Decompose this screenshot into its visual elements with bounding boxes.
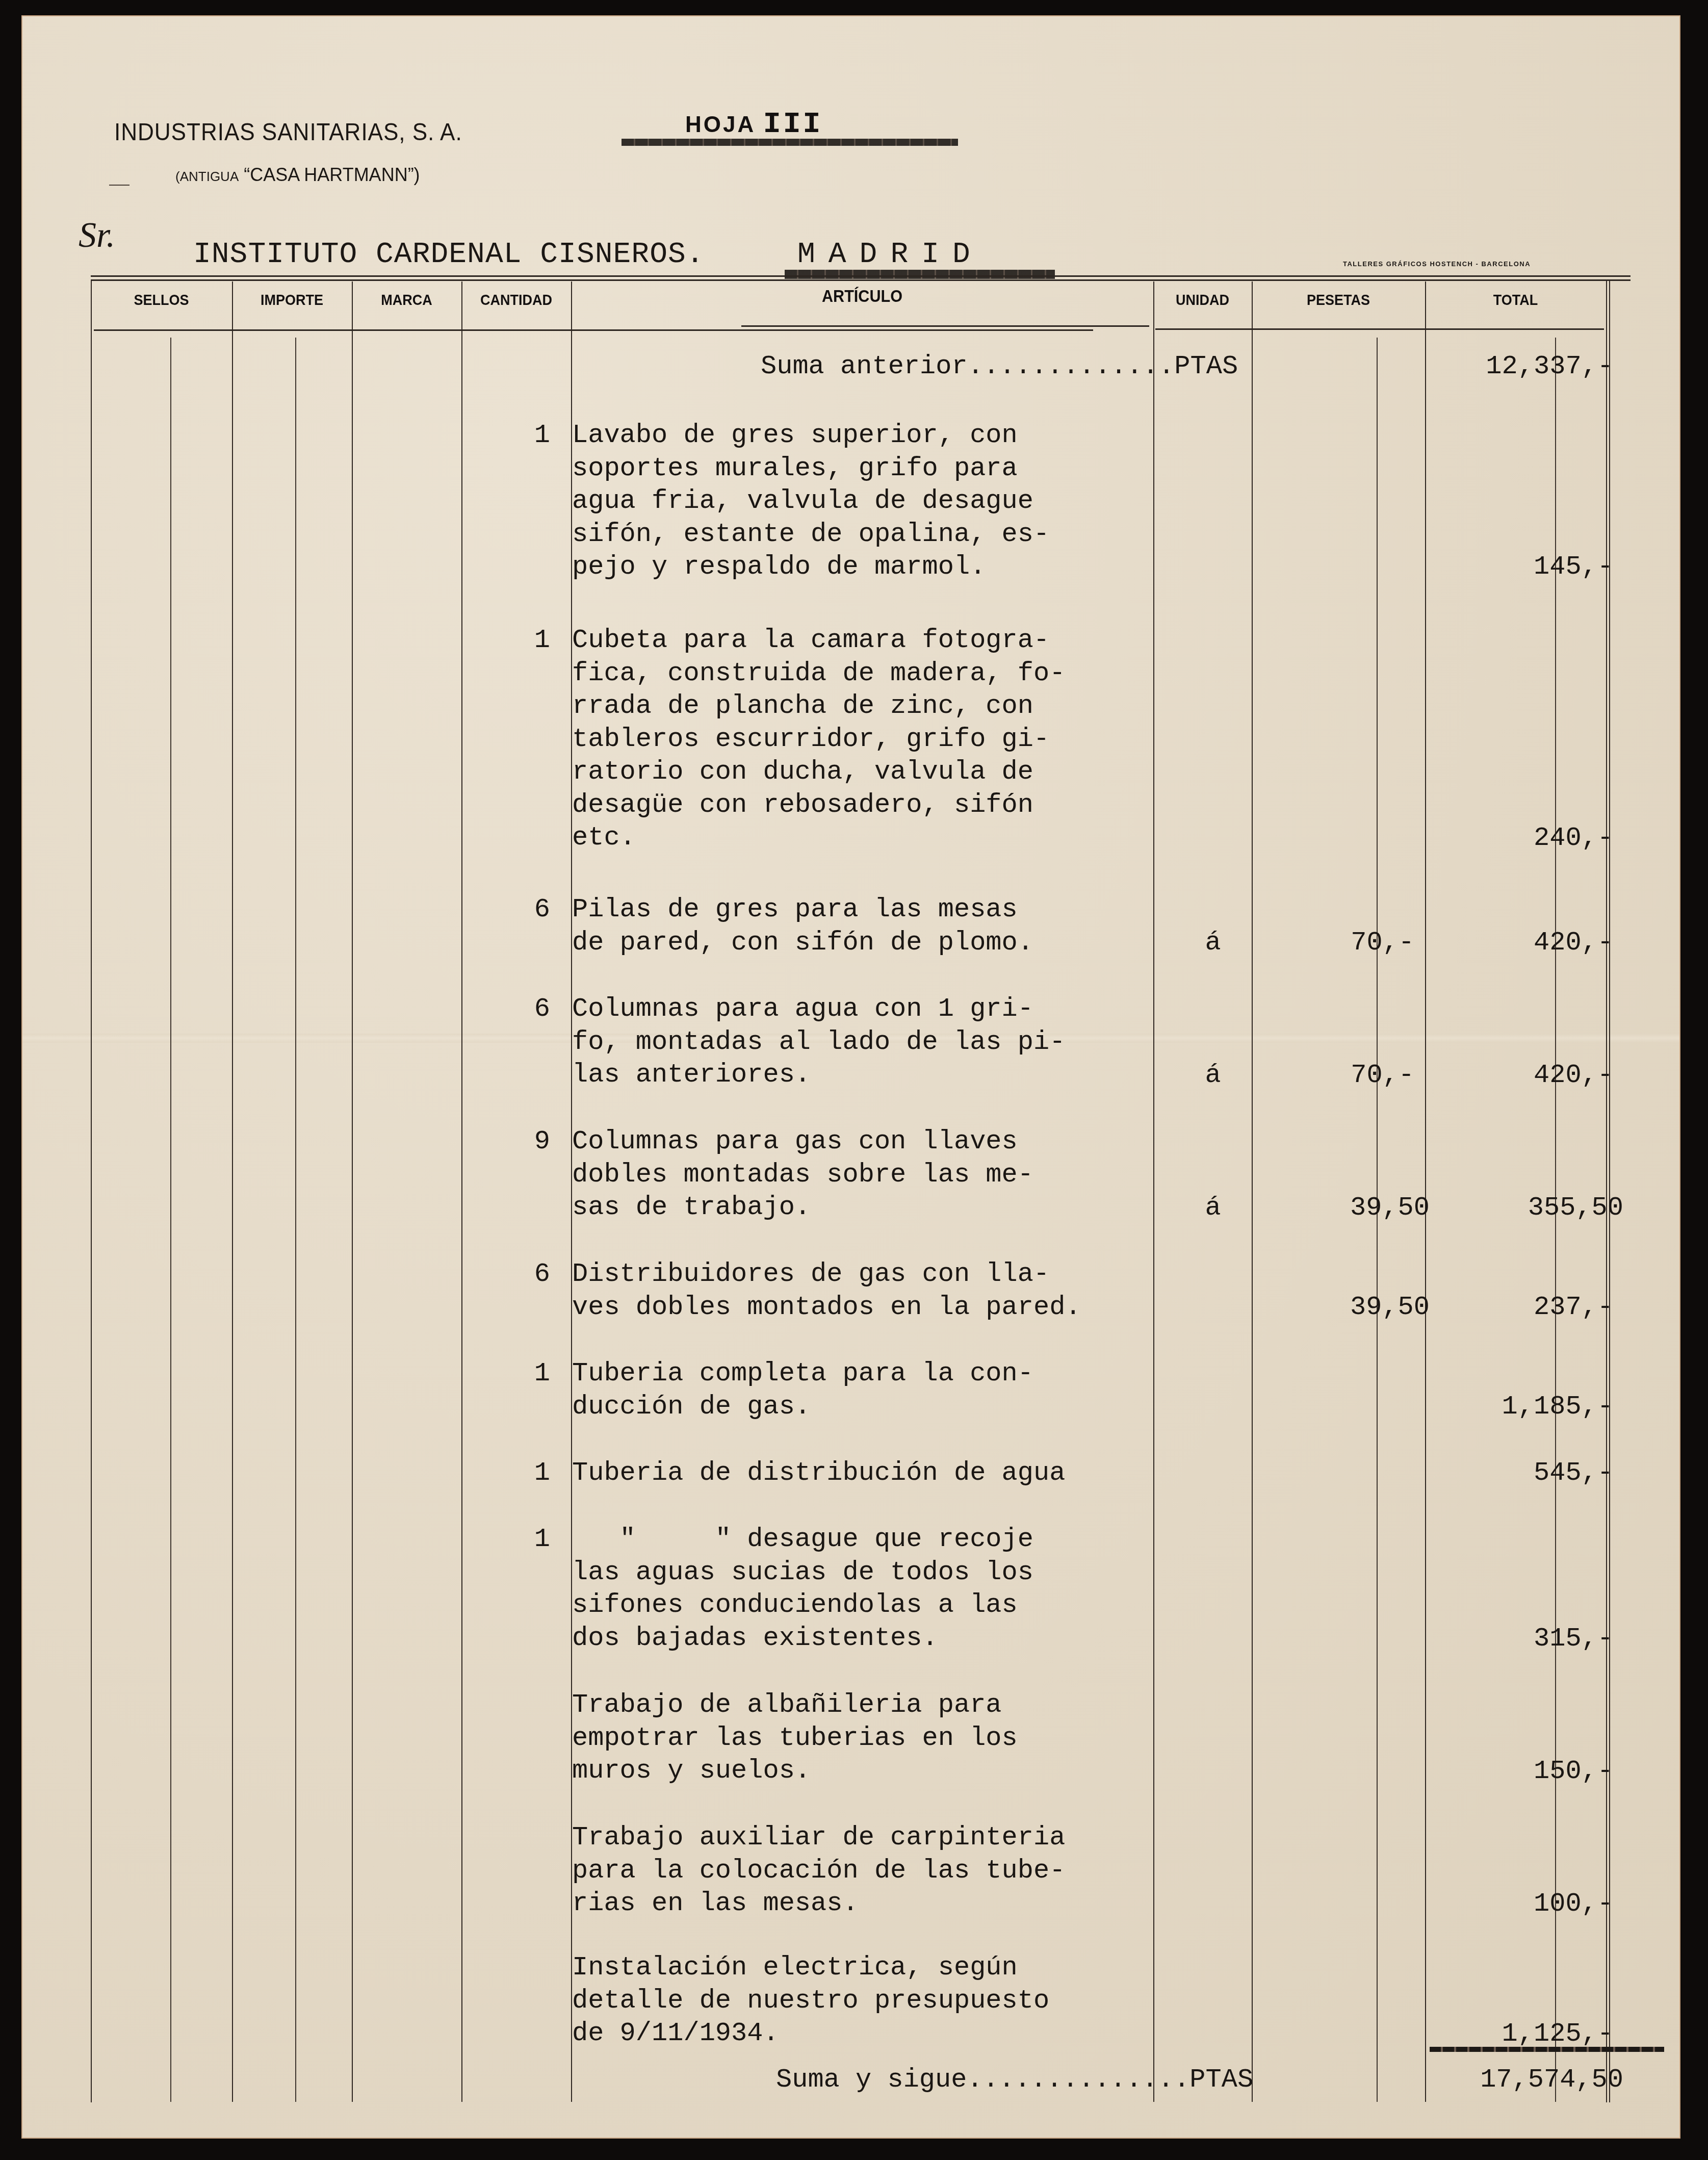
header-unidad: UNIDAD xyxy=(1158,292,1247,309)
row-3-unidad: á xyxy=(1190,927,1236,960)
header-bottom-rule-articulo xyxy=(741,325,1149,327)
header-cantidad: CANTIDAD xyxy=(467,292,566,309)
recipient-name: INSTITUTO CARDENAL CISNEROS. xyxy=(193,238,705,271)
row-4-pesetas: 70,- xyxy=(1246,1059,1414,1092)
former-name: (ANTIGUA “CASA HARTMANN”) xyxy=(175,164,420,186)
city-underline xyxy=(785,270,1055,279)
subcol-line-importe xyxy=(295,338,296,2102)
row-12-articulo: Instalación electrica, según detalle de … xyxy=(572,1951,1049,2050)
sheet-label: HOJA xyxy=(685,112,755,137)
row-8-cantidad: 1 xyxy=(489,1457,550,1490)
carry-over-label: Suma y sigue..............PTAS xyxy=(776,2064,1253,2097)
row-10-articulo: Trabajo de albañileria para empotrar las… xyxy=(572,1689,1018,1788)
row-10-total: 150,- xyxy=(1409,1755,1613,1788)
printer-credit: TALLERES GRÁFICOS HOSTENCH - BARCELONA xyxy=(1343,260,1531,268)
row-2-cantidad: 1 xyxy=(489,624,550,657)
row-8-articulo: Tuberia de distribución de agua xyxy=(572,1457,1065,1490)
table-top-rule xyxy=(91,275,1631,277)
row-4-total: 420,- xyxy=(1409,1059,1613,1092)
header-marca: MARCA xyxy=(357,292,456,309)
row-5-pesetas: 39,50 xyxy=(1246,1192,1430,1225)
row-4-unidad: á xyxy=(1190,1059,1236,1092)
header-bottom-rule-left xyxy=(94,329,1093,331)
col-line-marca xyxy=(461,281,462,2102)
row-11-total: 100,- xyxy=(1409,1888,1613,1921)
header-articulo: ARTÍCULO xyxy=(600,287,1124,306)
row-8-total: 545,- xyxy=(1409,1457,1613,1490)
row-1-total: 145,- xyxy=(1409,551,1613,584)
header-bottom-rule-right xyxy=(1155,328,1604,330)
row-12-total: 1,125,- xyxy=(1409,2018,1613,2051)
carried-forward-total: 12,337,- xyxy=(1409,350,1613,383)
row-7-total: 1,185,- xyxy=(1409,1391,1613,1424)
row-5-articulo: Columnas para gas con llaves dobles mont… xyxy=(572,1125,1033,1224)
former-name-prefix: (ANTIGUA xyxy=(175,169,239,184)
former-name-value: “CASA HARTMANN”) xyxy=(244,164,420,185)
row-7-cantidad: 1 xyxy=(489,1357,550,1391)
header-total: TOTAL xyxy=(1434,292,1597,309)
row-3-articulo: Pilas de gres para las mesas de pared, c… xyxy=(572,893,1033,959)
header-sellos: SELLOS xyxy=(98,292,225,309)
col-line-sellos xyxy=(232,281,233,2102)
row-2-articulo: Cubeta para la camara fotogra- fica, con… xyxy=(572,624,1065,855)
header-importe: IMPORTE xyxy=(238,292,346,309)
document-page: INDUSTRIAS SANITARIAS, S. A. (ANTIGUA “C… xyxy=(22,16,1679,2138)
row-4-cantidad: 6 xyxy=(489,993,550,1026)
row-9-cantidad: 1 xyxy=(489,1523,550,1556)
sheet-number: III xyxy=(763,108,822,141)
row-3-cantidad: 6 xyxy=(489,893,550,927)
col-line-left xyxy=(91,279,92,2102)
row-7-articulo: Tuberia completa para la con- ducción de… xyxy=(572,1357,1033,1423)
row-1-articulo: Lavabo de gres superior, con soportes mu… xyxy=(572,419,1049,584)
table-top-rule-2 xyxy=(91,279,1631,281)
col-line-importe xyxy=(352,281,353,2102)
company-name: INDUSTRIAS SANITARIAS, S. A. xyxy=(114,118,462,146)
sheet-heading: HOJA III xyxy=(685,108,822,141)
row-3-total: 420,- xyxy=(1409,927,1613,960)
sheet-underline xyxy=(622,139,958,146)
row-1-cantidad: 1 xyxy=(489,419,550,452)
row-9-articulo: " " desague que recoje las aguas sucias … xyxy=(572,1523,1033,1655)
row-3-pesetas: 70,- xyxy=(1246,927,1414,960)
row-6-total: 237,- xyxy=(1409,1291,1613,1324)
row-2-total: 240,- xyxy=(1409,822,1613,855)
decorative-rule xyxy=(109,185,130,186)
recipient-city: MADRID xyxy=(797,238,984,271)
row-5-total: 355,50 xyxy=(1409,1192,1623,1225)
header-pesetas: PESETAS xyxy=(1260,292,1416,309)
row-9-total: 315,- xyxy=(1409,1623,1613,1656)
salutation: Sr. xyxy=(79,215,115,256)
row-11-articulo: Trabajo auxiliar de carpinteria para la … xyxy=(572,1821,1065,1920)
sum-underline xyxy=(1430,2047,1664,2052)
row-4-articulo: Columnas para agua con 1 gri- fo, montad… xyxy=(572,993,1065,1092)
col-line-articulo xyxy=(1153,281,1154,2102)
row-6-cantidad: 6 xyxy=(489,1258,550,1291)
row-5-unidad: á xyxy=(1190,1192,1236,1225)
row-6-articulo: Distribuidores de gas con lla- ves doble… xyxy=(572,1258,1081,1324)
row-6-pesetas: 39,50 xyxy=(1246,1291,1430,1324)
carry-over-total: 17,574,50 xyxy=(1399,2064,1623,2097)
subcol-line-sellos xyxy=(170,338,171,2102)
carried-forward-label: Suma anterior.............PTAS xyxy=(761,350,1238,383)
row-5-cantidad: 9 xyxy=(489,1125,550,1159)
